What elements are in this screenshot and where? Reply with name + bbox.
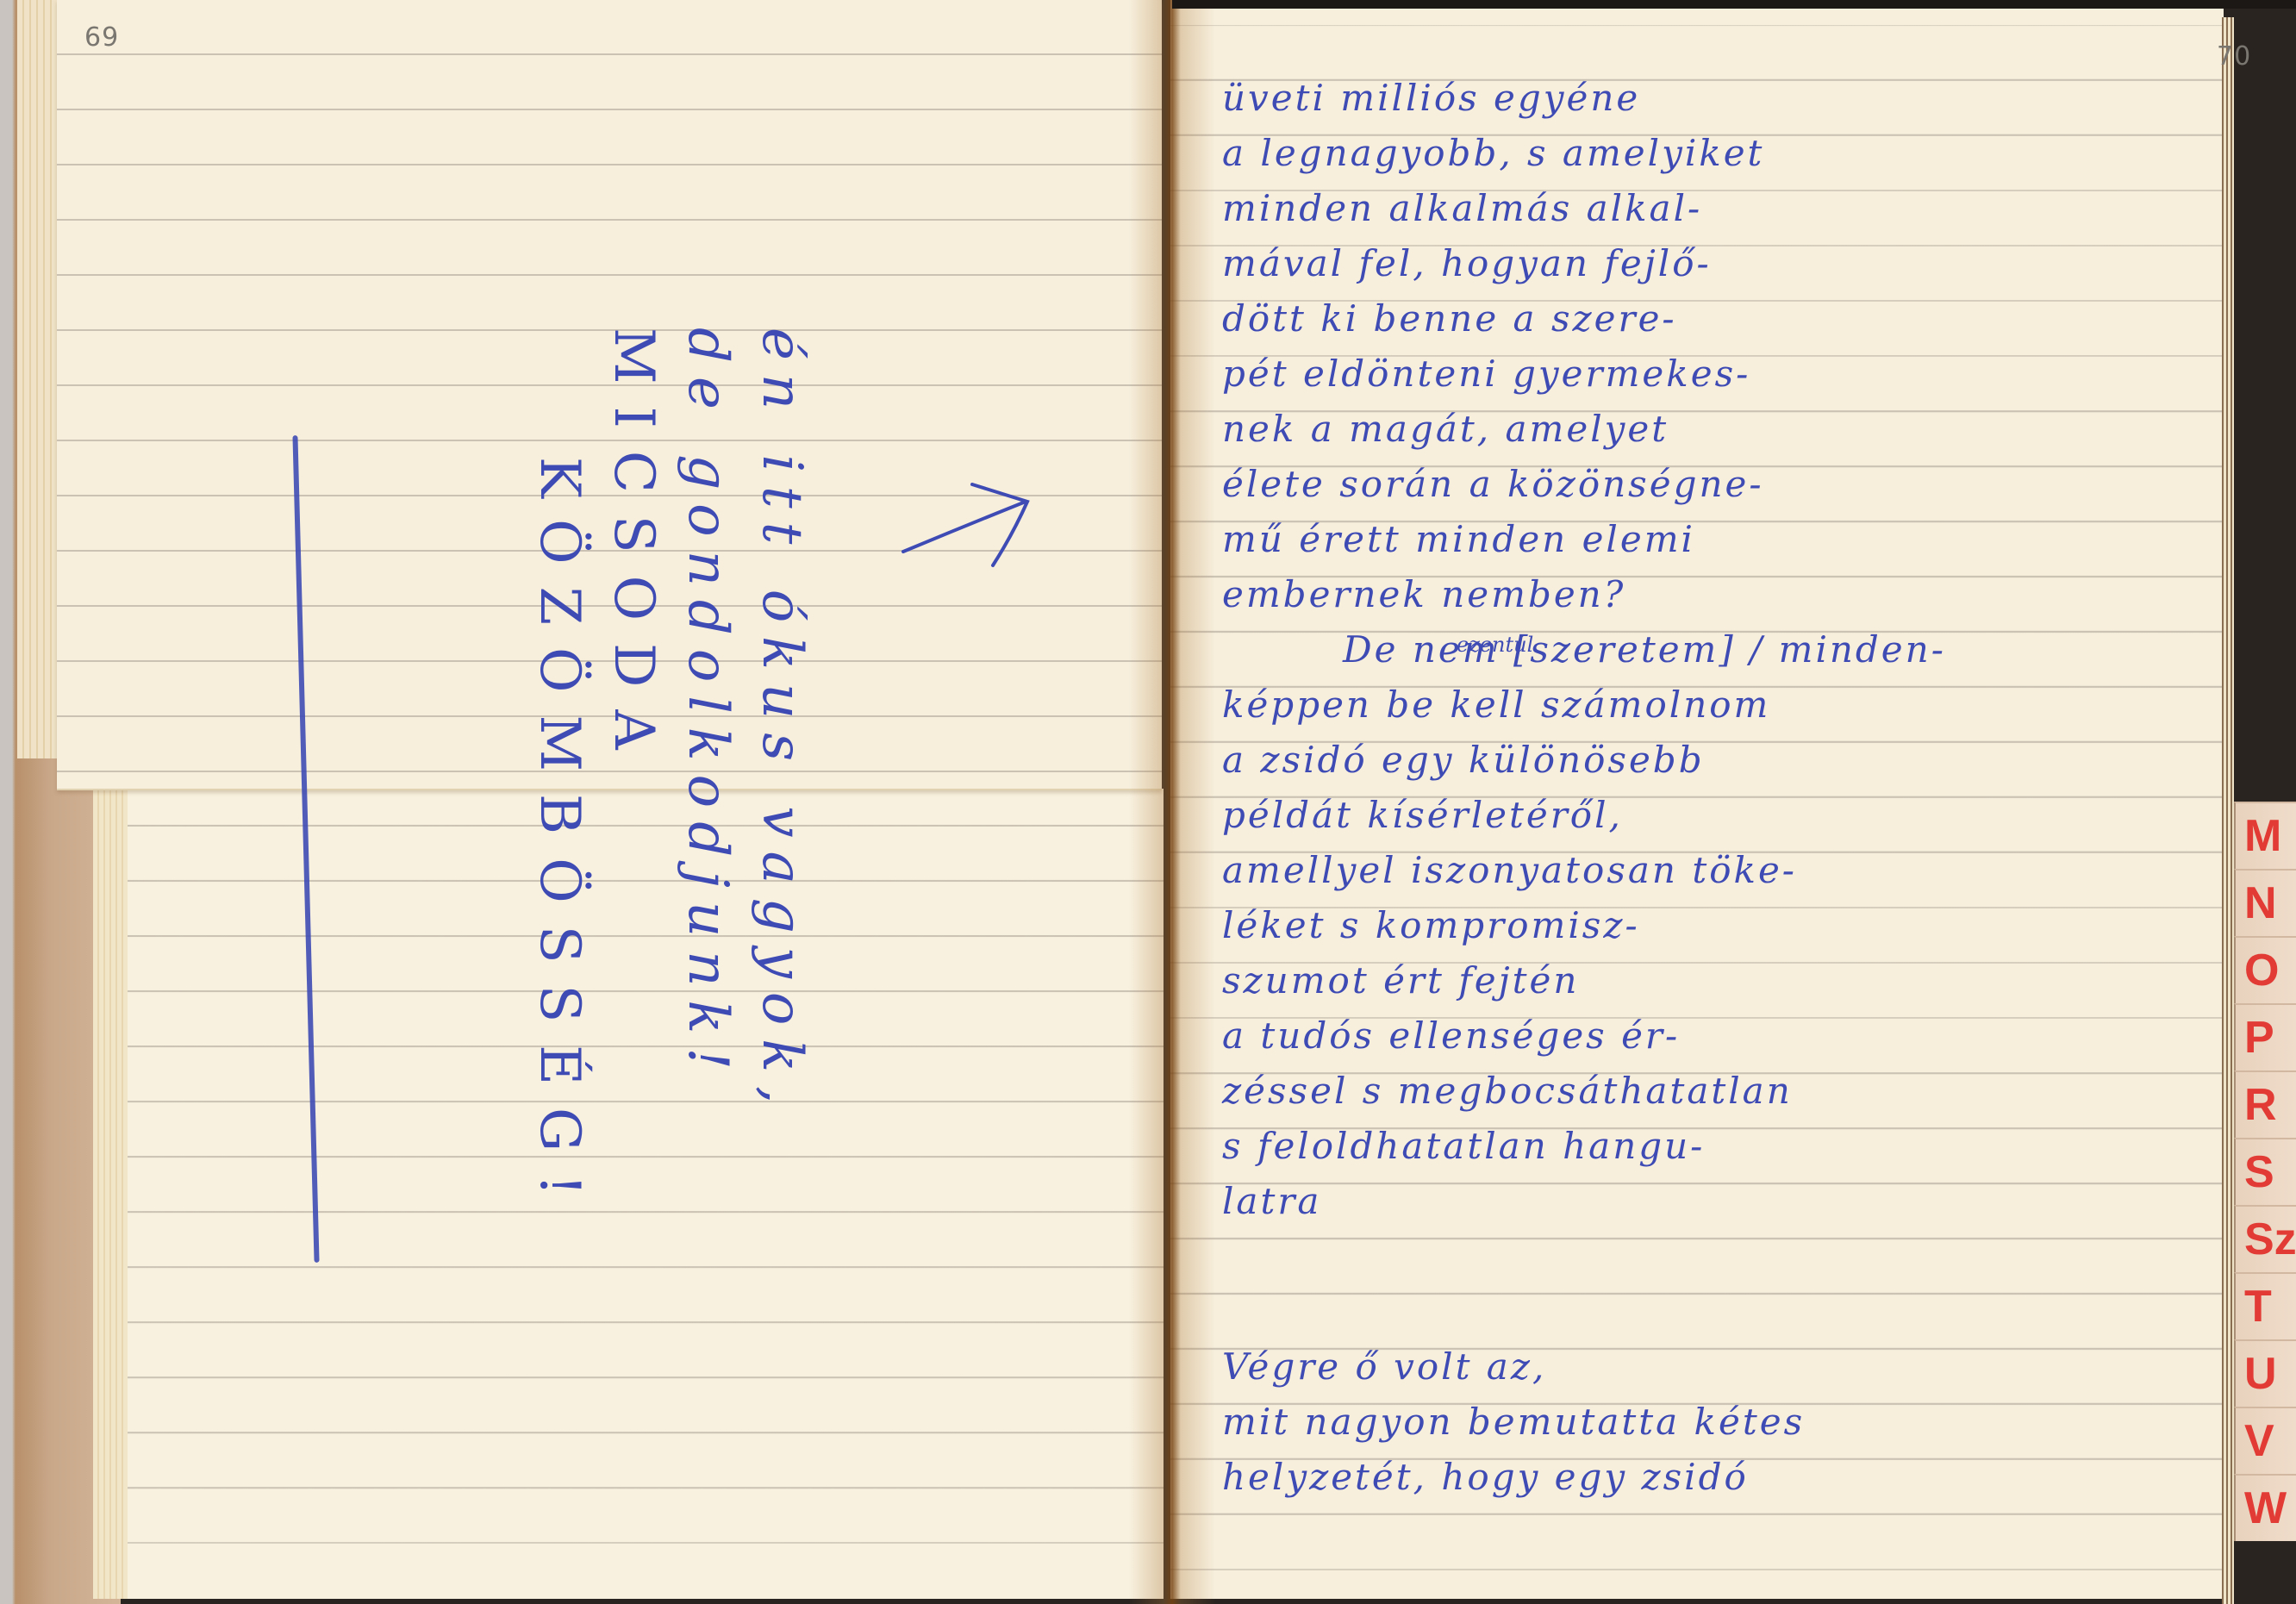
text-line: minden alkalmás alkal- bbox=[1222, 181, 2213, 236]
text-line: mű érett minden elemi bbox=[1222, 512, 2213, 567]
text-line: pét eldönteni gyermekes- bbox=[1222, 346, 2213, 402]
page-number-left: 69 bbox=[84, 22, 119, 53]
page-number-right: 70 bbox=[2217, 41, 2251, 72]
text-line: a zsidó egy különösebb bbox=[1222, 733, 2213, 788]
binding-gutter bbox=[1129, 0, 1215, 1604]
index-tab[interactable]: W bbox=[2234, 1474, 2296, 1541]
index-tab[interactable]: T bbox=[2234, 1272, 2296, 1339]
index-tab[interactable]: N bbox=[2234, 869, 2296, 936]
message-line: MICSODA bbox=[596, 328, 671, 1345]
text-line: Végre ő volt az, bbox=[1222, 1339, 2213, 1395]
text-line: De nem [szeretem] / minden- bbox=[1222, 622, 2213, 677]
message-line: én itt ókus vagyok, bbox=[745, 328, 819, 1345]
index-tab[interactable]: R bbox=[2234, 1070, 2296, 1138]
index-tab[interactable]: S bbox=[2234, 1138, 2296, 1205]
rotated-message: én itt ókus vagyok, de gondolkodjunk! MI… bbox=[302, 328, 819, 1345]
message-line: de gondolkodjunk! bbox=[671, 328, 745, 1345]
text-line: üveti milliós egyéne bbox=[1222, 71, 2213, 126]
alphabet-index-tabs: M N O P R S Sz T U V W bbox=[2234, 802, 2296, 1541]
page-stack-right bbox=[2222, 17, 2234, 1604]
index-tab[interactable]: Sz bbox=[2234, 1205, 2296, 1272]
text-line: a tudós ellenséges ér- bbox=[1222, 1008, 2213, 1064]
insertion-note: ezentúl bbox=[1457, 633, 1533, 657]
text-line: zéssel s megbocsáthatatlan bbox=[1222, 1064, 2213, 1119]
page-stack-left-lower bbox=[93, 789, 128, 1599]
text-line: dött ki benne a szere- bbox=[1222, 291, 2213, 346]
notebook-spread: 69 70 én itt ókus vagyok, de gondolkodju… bbox=[0, 0, 2296, 1604]
background-strip bbox=[1172, 0, 2296, 9]
index-tab[interactable]: O bbox=[2234, 936, 2296, 1003]
arrow-up-right-icon bbox=[896, 483, 1051, 621]
text-line: embernek nemben? bbox=[1222, 567, 2213, 622]
text-line: példát kísérletéről, bbox=[1222, 788, 2213, 843]
text-line: a legnagyobb, s amelyiket bbox=[1222, 126, 2213, 181]
text-line: szumot ért fejtén bbox=[1222, 953, 2213, 1008]
text-line: nek a magát, amelyet bbox=[1222, 402, 2213, 457]
text-line: mit nagyon bemutatta kétes bbox=[1222, 1395, 2213, 1450]
text-line: amellyel iszonyatosan töke- bbox=[1222, 843, 2213, 898]
text-line: léket s kompromisz- bbox=[1222, 898, 2213, 953]
index-tab[interactable]: V bbox=[2234, 1407, 2296, 1474]
text-line: képpen be kell számolnom bbox=[1222, 677, 2213, 733]
text-line: mával fel, hogyan fejlő- bbox=[1222, 236, 2213, 291]
text-line: élete során a közönségne- bbox=[1222, 457, 2213, 512]
handwritten-paragraph: üveti milliós egyéne a legnagyobb, s ame… bbox=[1222, 71, 2213, 1229]
text-line: latra bbox=[1222, 1174, 2213, 1229]
index-tab[interactable]: P bbox=[2234, 1003, 2296, 1070]
message-line: KÖZÖMBÖSSÉG! bbox=[522, 328, 596, 1345]
text-line: s feloldhatatlan hangu- bbox=[1222, 1119, 2213, 1174]
text-line: helyzetét, hogy egy zsidó bbox=[1222, 1450, 2213, 1505]
index-tab[interactable]: M bbox=[2234, 802, 2296, 869]
closing-paragraph: Végre ő volt az, mit nagyon bemutatta ké… bbox=[1222, 1339, 2213, 1505]
index-tab[interactable]: U bbox=[2234, 1339, 2296, 1407]
